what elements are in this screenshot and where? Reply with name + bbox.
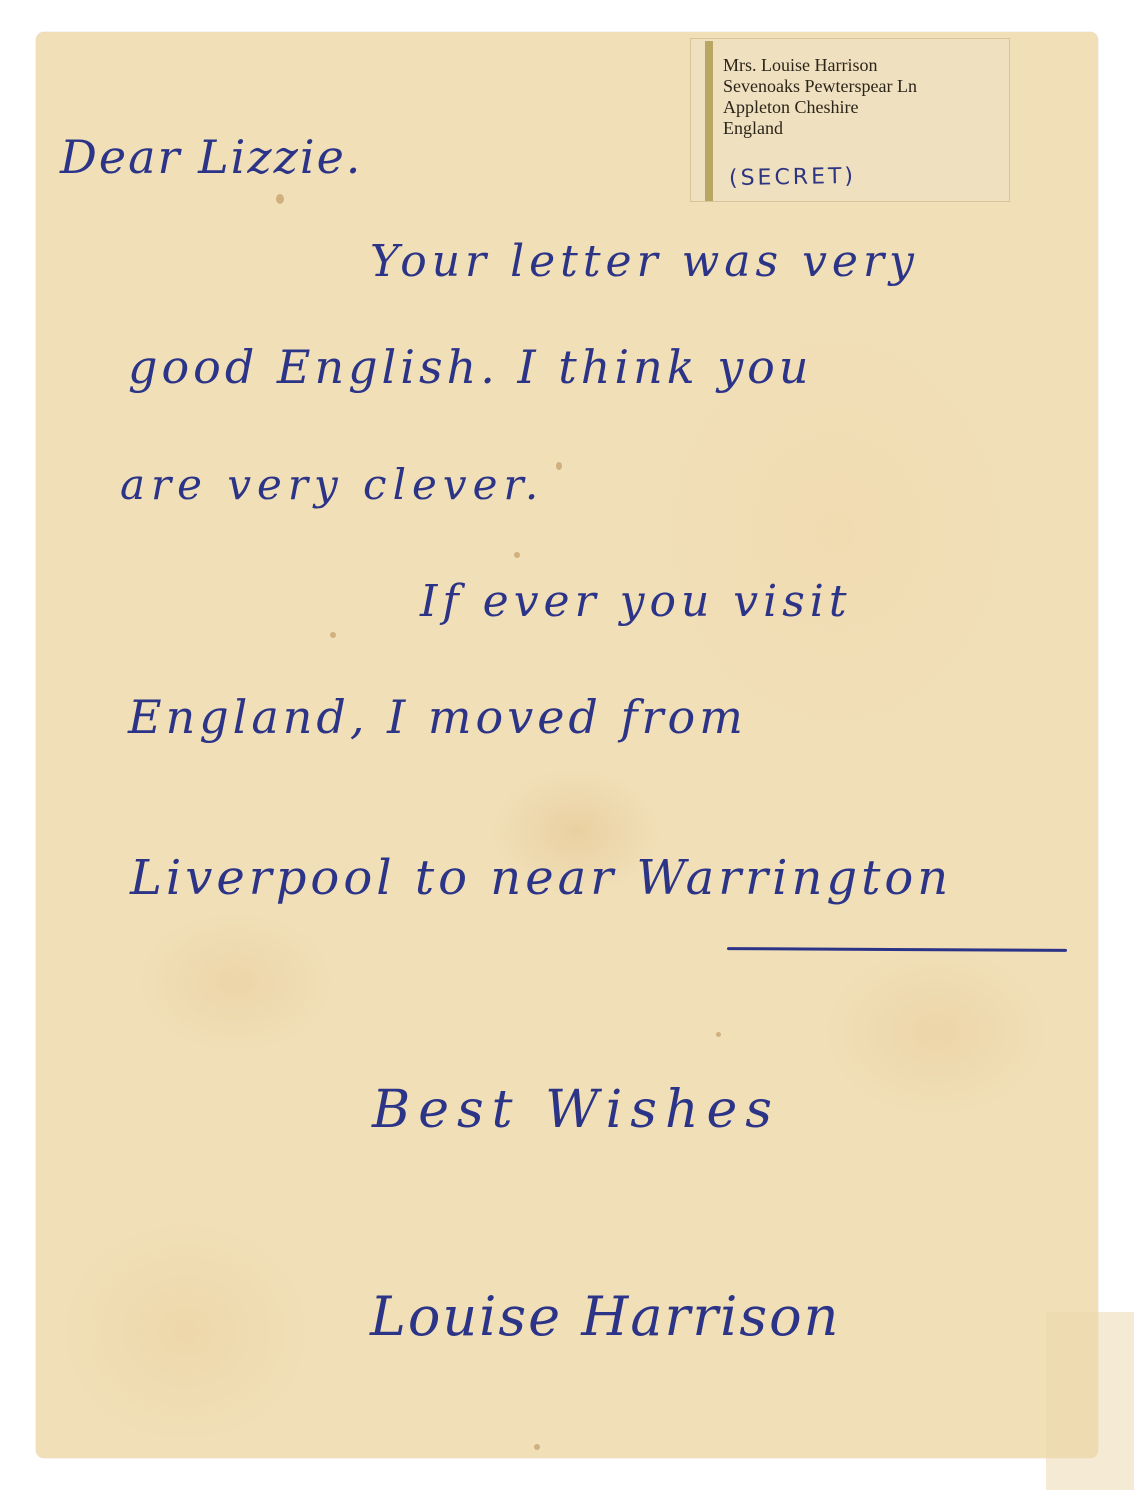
closing: Best Wishes — [372, 1080, 780, 1140]
signature: Louise Harrison — [370, 1285, 840, 1348]
body-line-6: Liverpool to near Warrington — [130, 850, 952, 906]
paper-stain — [534, 1444, 540, 1450]
secret-note: (SECRET) — [729, 164, 856, 191]
paper-stain-patch — [1046, 1312, 1134, 1490]
body-line-1: Your letter was very — [370, 236, 919, 287]
paper-stain — [716, 1032, 721, 1037]
body-line-3: are very clever. — [120, 460, 544, 509]
address-line-country: England — [723, 118, 917, 139]
body-line-5: England, I moved from — [128, 690, 747, 744]
address-line-name: Mrs. Louise Harrison — [723, 55, 917, 76]
body-line-2: good English. I think you — [128, 340, 813, 394]
salutation: Dear Lizzie. — [60, 130, 362, 184]
address-line-street: Sevenoaks Pewterspear Ln — [723, 76, 917, 97]
paper-stain — [330, 632, 336, 638]
paper-stain — [556, 462, 562, 470]
label-stripe — [705, 41, 713, 201]
body-line-4: If ever you visit — [420, 576, 852, 627]
paper-stain — [514, 552, 520, 558]
address-label: Mrs. Louise Harrison Sevenoaks Pewterspe… — [690, 38, 1010, 202]
address-line-town: Appleton Cheshire — [723, 97, 917, 118]
paper-stain — [276, 194, 284, 204]
address-lines: Mrs. Louise Harrison Sevenoaks Pewterspe… — [723, 55, 917, 139]
